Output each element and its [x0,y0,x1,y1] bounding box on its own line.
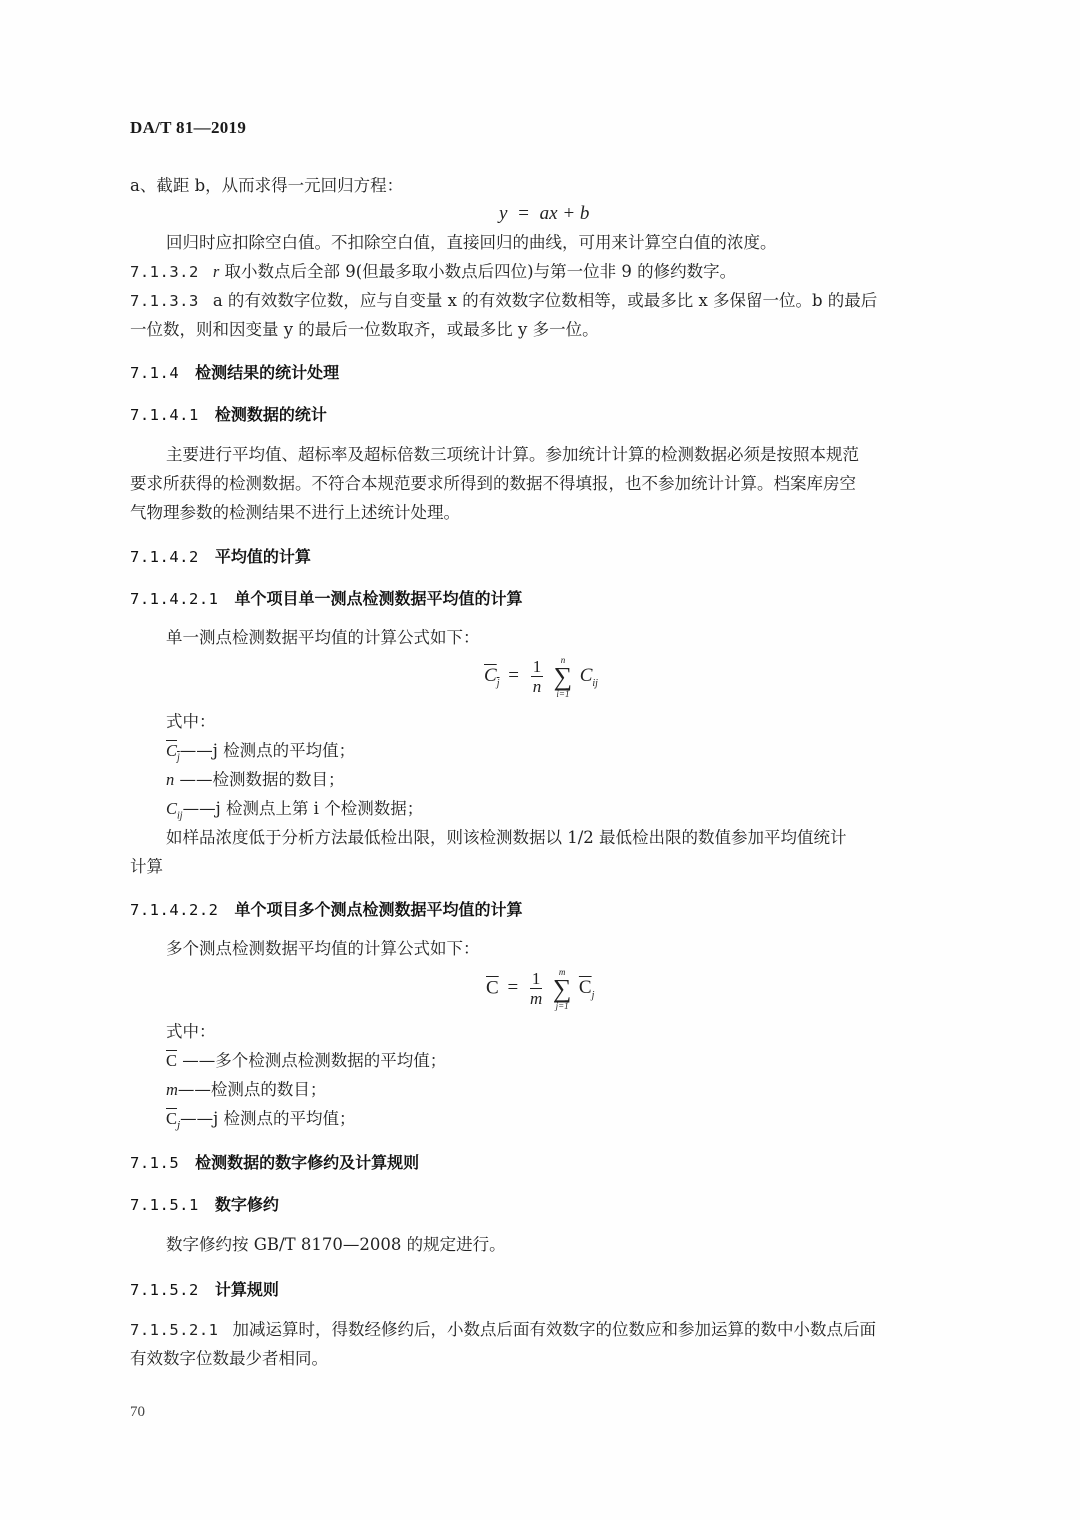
definition-item: Cij——j 检测点上第 i 个检测数据； [166,799,423,826]
formula-intro: 多个测点检测数据平均值的计算公式如下： [166,939,480,959]
clause-number: 7.1.3.2 [130,263,199,281]
paragraph-line: 主要进行平均值、超标率及超标倍数三项统计计算。参加统计计算的检测数据必须是按照本… [166,445,859,465]
section-number: 7.1.5.2 [130,1281,199,1299]
formula-lhs: C [486,977,499,998]
definition-item: Cj——j 检测点的平均值； [166,741,355,768]
formula-equals: = [507,977,518,998]
definition-symbol: Cj [166,1109,180,1128]
definition-item: n ——检测数据的数目； [166,770,345,790]
where-label: 式中： [166,712,216,732]
regression-intro-text: a、截距 b，从而求得一元回归方程： [130,176,403,196]
clause-text: a 的有效数字位数，应与自变量 x 的有效数字位数相等，或最多比 x 多保留一位… [213,291,877,310]
clause-text: 加减运算时，得数经修约后，小数点后面有效数字的位数应和参加运算的数中小数点后面 [233,1320,877,1339]
formula-equals: = [508,665,519,686]
standard-code: DA/T 81—2019 [130,118,246,137]
section-title: 数字修约 [215,1195,279,1214]
clause-7-1-5-2-1-line2: 有效数字位数最少者相同。 [130,1349,328,1369]
section-heading-7-1-4: 7.1.4检测结果的统计处理 [130,360,339,383]
summation-symbol: m ∑ j=1 [550,967,574,1011]
mean-single-point-formula: Cj = 1 n n ∑ i=1 Cij [484,655,598,699]
regression-formula: y = ax + b [499,203,589,225]
section-number: 7.1.4.2.1 [130,590,219,608]
clause-7-1-5-2-1-line1: 7.1.5.2.1加减运算时，得数经修约后，小数点后面有效数字的位数应和参加运算… [130,1320,876,1340]
section-heading-7-1-4-2-2: 7.1.4.2.2单个项目多个测点检测数据平均值的计算 [130,897,523,920]
formula-rhs: ax + b [540,203,590,224]
section-heading-7-1-5: 7.1.5检测数据的数字修约及计算规则 [130,1150,419,1173]
section-title: 检测数据的统计 [215,405,327,424]
section-heading-7-1-4-2-1: 7.1.4.2.1单个项目单一测点检测数据平均值的计算 [130,586,523,609]
formula-lhs: Cj [484,665,499,686]
formula-term: Cij [580,665,598,686]
document-page: DA/T 81—2019 a、截距 b，从而求得一元回归方程： y = ax +… [0,0,1080,1520]
clause-number: 7.1.5.2.1 [130,1321,219,1339]
formula-intro: 单一测点检测数据平均值的计算公式如下： [166,628,480,648]
definition-symbol: C [166,1051,177,1070]
symbol-r: r [213,262,219,281]
rounding-rule-text: 数字修约按 GB/T 8170—2008 的规定进行。 [166,1235,506,1255]
section-number: 7.1.5.1 [130,1196,199,1214]
where-label: 式中： [166,1022,216,1042]
formula-term: Cj [579,977,594,998]
section-heading-7-1-4-2: 7.1.4.2平均值的计算 [130,544,311,567]
section-number: 7.1.4 [130,364,179,382]
paragraph-line: 要求所获得的检测数据。不符合本规范要求所得到的数据不得填报，也不参加统计计算。档… [130,474,856,494]
section-heading-7-1-5-1: 7.1.5.1数字修约 [130,1192,279,1215]
section-title: 检测结果的统计处理 [195,363,339,382]
definition-item: C ——多个检测点检测数据的平均值； [166,1051,446,1071]
definition-symbol: m [166,1080,178,1099]
formula-y: y [499,203,507,224]
clause-7-1-3-3-line2: 一位数，则和因变量 y 的最后一位数取齐，或最多比 y 多一位。 [130,320,599,340]
section-heading-7-1-5-2: 7.1.5.2计算规则 [130,1277,279,1300]
formula-equals: = [518,203,529,224]
section-title: 单个项目单一测点检测数据平均值的计算 [235,589,523,608]
formula-fraction: 1 n [531,658,544,697]
clause-7-1-3-3-line1: 7.1.3.3a 的有效数字位数，应与自变量 x 的有效数字位数相等，或最多比 … [130,291,877,311]
detection-limit-note-cont: 计算 [130,857,163,877]
formula-fraction: 1 m [530,970,543,1009]
summation-symbol: n ∑ i=1 [551,655,575,699]
blank-value-note: 回归时应扣除空白值。不扣除空白值，直接回归的曲线，可用来计算空白值的浓度。 [166,233,777,253]
section-title: 平均值的计算 [215,547,311,566]
definition-symbol: Cij [166,799,183,818]
definition-item: Cj——j 检测点的平均值； [166,1109,356,1136]
section-title: 计算规则 [215,1280,279,1299]
definition-symbol: n [166,770,174,789]
section-heading-7-1-4-1: 7.1.4.1检测数据的统计 [130,402,327,425]
detection-limit-note: 如样品浓度低于分析方法最低检出限，则该检测数据以 1/2 最低检出限的数值参加平… [166,828,847,848]
clause-number: 7.1.3.3 [130,292,199,310]
paragraph-line: 气物理参数的检测结果不进行上述统计处理。 [130,503,460,523]
section-title: 单个项目多个测点检测数据平均值的计算 [235,900,523,919]
clause-text: 取小数点后全部 9(但最多取小数点后四位)与第一位非 9 的修约数字。 [225,262,737,281]
clause-7-1-3-2: 7.1.3.2r 取小数点后全部 9(但最多取小数点后四位)与第一位非 9 的修… [130,262,736,282]
section-title: 检测数据的数字修约及计算规则 [195,1153,419,1172]
mean-multi-point-formula: C = 1 m m ∑ j=1 Cj [486,967,594,1011]
section-number: 7.1.4.2 [130,548,199,566]
definition-symbol: Cj [166,741,180,760]
section-number: 7.1.4.1 [130,406,199,424]
standard-code-header: DA/T 81—2019 [130,118,246,138]
page-number: 70 [130,1404,145,1421]
definition-item: m——检测点的数目； [166,1080,326,1100]
section-number: 7.1.5 [130,1154,179,1172]
section-number: 7.1.4.2.2 [130,901,219,919]
